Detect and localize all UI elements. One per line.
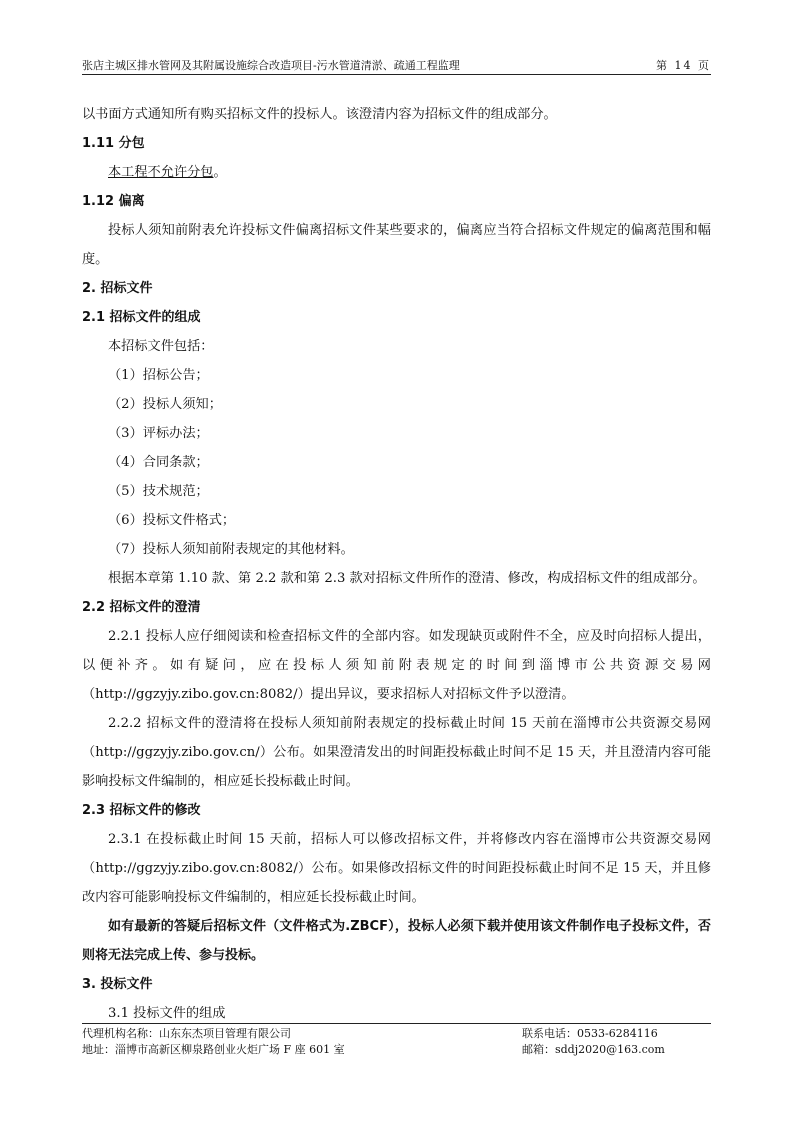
address: 地址：淄博市高新区柳泉路创业火炬广场 F 座 601 室: [82, 1042, 522, 1058]
page-footer: 代理机构名称：山东东杰项目管理有限公司 联系电话：0533-6284116 地址…: [82, 1023, 711, 1058]
footer-row-2: 地址：淄博市高新区柳泉路创业火炬广场 F 座 601 室 邮箱：sddj2020…: [82, 1042, 711, 1058]
agency-name: 代理机构名称：山东东杰项目管理有限公司: [82, 1026, 522, 1042]
heading-1-11: 1.11 分包: [82, 129, 711, 158]
heading-2-1: 2.1 招标文件的组成: [82, 303, 711, 332]
paragraph-intro: 本招标文件包括：: [82, 332, 711, 361]
heading-3: 3. 投标文件: [82, 970, 711, 999]
paragraph-closing: 根据本章第 1.10 款、第 2.2 款和第 2.3 款对招标文件所作的澄清、修…: [82, 564, 711, 593]
heading-2-2: 2.2 招标文件的澄清: [82, 593, 711, 622]
paragraph-deviation: 投标人须知前附表允许投标文件偏离招标文件某些要求的，偏离应当符合招标文件规定的偏…: [82, 216, 711, 274]
list-item: （3）评标办法；: [82, 419, 711, 448]
paragraph-subcontract: 本工程不允许分包。: [82, 158, 711, 187]
footer-row-1: 代理机构名称：山东东杰项目管理有限公司 联系电话：0533-6284116: [82, 1026, 711, 1042]
document-body: 以书面方式通知所有购买招标文件的投标人。该澄清内容为招标文件的组成部分。 1.1…: [82, 100, 711, 1028]
paragraph-notice-bold: 如有最新的答疑后招标文件（文件格式为.ZBCF），投标人必须下载并使用该文件制作…: [82, 912, 711, 970]
heading-2: 2. 招标文件: [82, 274, 711, 303]
list-item: （2）投标人须知；: [82, 390, 711, 419]
paragraph-continuation: 以书面方式通知所有购买招标文件的投标人。该澄清内容为招标文件的组成部分。: [82, 100, 711, 129]
contact-email: 邮箱：sddj2020@163.com: [522, 1042, 711, 1058]
paragraph-2-2-1: 2.2.1 投标人应仔细阅读和检查招标文件的全部内容。如发现缺页或附件不全，应及…: [82, 622, 711, 709]
page-header: 张店主城区排水管网及其附属设施综合改造项目-污水管道清淤、疏通工程监理 第 14…: [82, 56, 711, 75]
document-title: 张店主城区排水管网及其附属设施综合改造项目-污水管道清淤、疏通工程监理: [82, 58, 460, 74]
punctuation: 。: [214, 165, 227, 180]
list-item: （5）技术规范；: [82, 477, 711, 506]
paragraph-2-2-2: 2.2.2 招标文件的澄清将在投标人须知前附表规定的投标截止时间 15 天前在淄…: [82, 709, 711, 796]
paragraph-2-3-1: 2.3.1 在投标截止时间 15 天前，招标人可以修改招标文件，并将修改内容在淄…: [82, 825, 711, 912]
page-number: 第 14 页: [656, 58, 711, 74]
underlined-text: 本工程不允许分包: [108, 165, 214, 180]
list-item: （7）投标人须知前附表规定的其他材料。: [82, 535, 711, 564]
heading-1-12: 1.12 偏离: [82, 187, 711, 216]
list-item: （6）投标文件格式；: [82, 506, 711, 535]
heading-2-3: 2.3 招标文件的修改: [82, 796, 711, 825]
contact-phone: 联系电话：0533-6284116: [522, 1026, 711, 1042]
list-item: （1）招标公告；: [82, 361, 711, 390]
list-item: （4）合同条款；: [82, 448, 711, 477]
